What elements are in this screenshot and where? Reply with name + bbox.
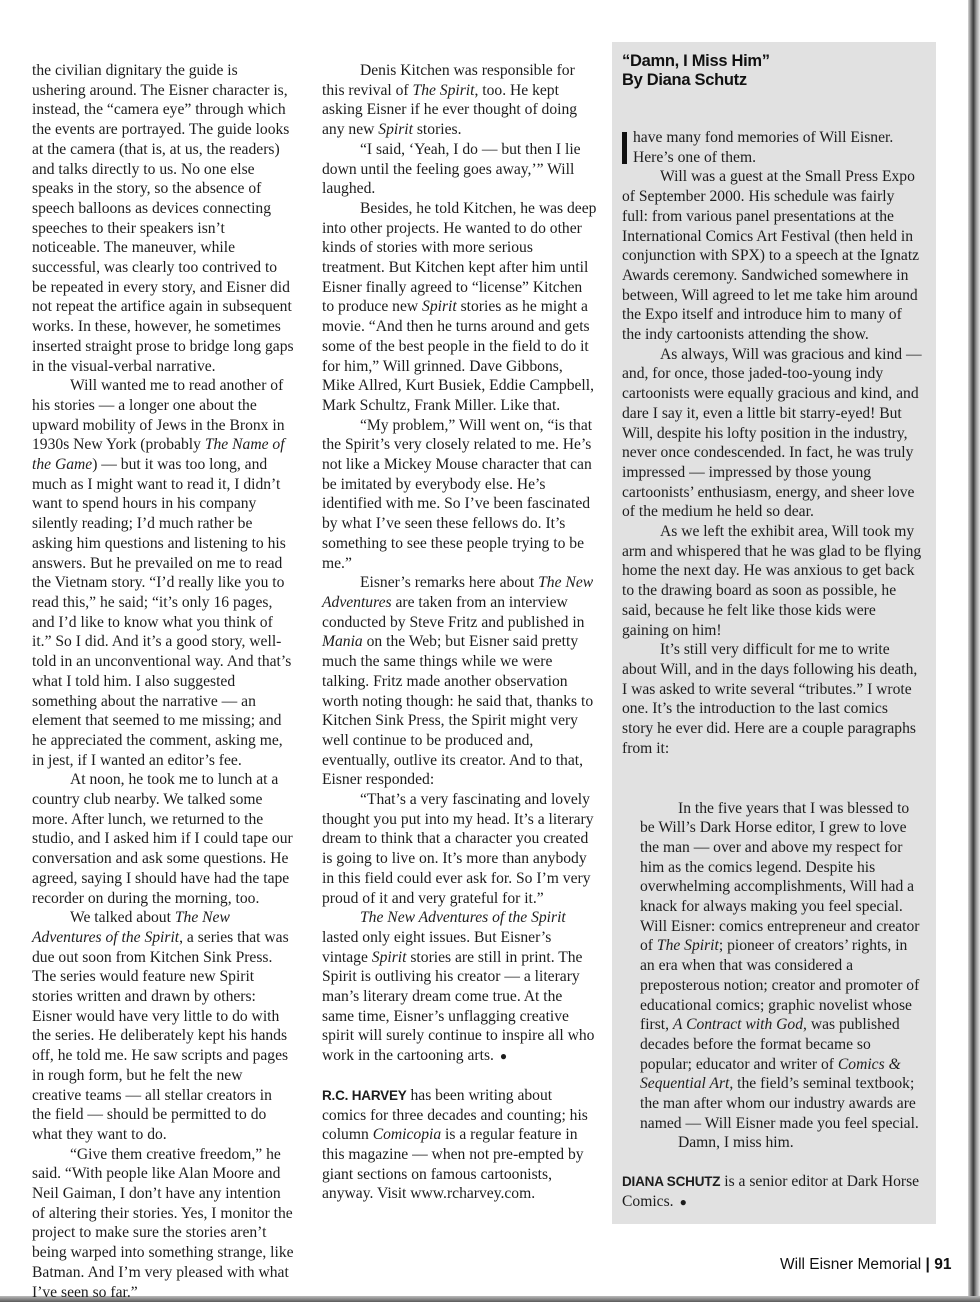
sidebar-byline: By Diana Schutz (622, 71, 922, 90)
end-mark-icon: ● (500, 1049, 507, 1063)
drop-cap-i (622, 132, 627, 164)
text: In the five years that I was blessed to … (640, 800, 920, 955)
paragraph: Damn, I miss him. (640, 1133, 922, 1153)
text: “That’s a very fascinating and lovely th… (322, 791, 594, 907)
page-footer: Will Eisner Memorial | 91 (780, 1256, 951, 1274)
end-mark-icon: ● (680, 1195, 687, 1209)
paragraph: Denis Kitchen was responsible for this r… (322, 61, 598, 140)
paragraph: We talked about The New Adventures of th… (32, 908, 294, 1144)
text: stories. (413, 121, 462, 138)
author-name: R.C. HARVEY (322, 1088, 407, 1103)
author-name: DIANA SCHUTZ (622, 1174, 720, 1189)
sidebar-headline: “Damn, I Miss Him” (622, 52, 922, 71)
paragraph: As we left the exhibit area, Will took m… (622, 522, 922, 640)
paragraph: “Give them creative freedom,” he said. “… (32, 1145, 294, 1302)
paragraph: At noon, he took me to lunch at a countr… (32, 770, 294, 908)
paragraph: Eisner’s remarks here about The New Adve… (322, 573, 598, 790)
paragraph: In the five years that I was blessed to … (640, 799, 922, 1134)
text: It’s still very difficult for me to writ… (622, 641, 917, 757)
author-bio: DIANA SCHUTZ is a senior editor at Dark … (622, 1172, 922, 1212)
paragraph: Will wanted me to read another of his st… (32, 376, 294, 770)
paragraph: It’s still very difficult for me to writ… (622, 640, 922, 758)
column-title: Comicopia (373, 1126, 441, 1143)
text: “I said, ‘Yeah, I do — but then I lie do… (322, 141, 581, 197)
text: At noon, he took me to lunch at a countr… (32, 771, 293, 906)
text: Damn, I miss him. (678, 1134, 794, 1151)
text: “Give them creative freedom,” he said. “… (32, 1146, 294, 1301)
book-title: A Contract with God (673, 1016, 803, 1033)
paragraph: Besides, he told Kitchen, he was deep in… (322, 199, 598, 416)
book-title: Spirit (422, 298, 457, 315)
page-number: 91 (934, 1256, 951, 1273)
text: As always, Will was gracious and kind — … (622, 346, 922, 521)
book-title: Spirit (372, 949, 407, 966)
article-column-1: the civilian dignitary the guide is ushe… (32, 61, 294, 1302)
book-title: The Spirit (413, 82, 475, 99)
book-title: The New Adventures of the Spirit (360, 909, 566, 926)
sidebar-title: “Damn, I Miss Him” By Diana Schutz (622, 52, 922, 90)
text: , a series that was due out soon from Ki… (32, 929, 289, 1143)
paragraph: “My problem,” Will went on, “is that the… (322, 416, 598, 574)
page-binding-edge (968, 0, 980, 1302)
sidebar-box: “Damn, I Miss Him” By Diana Schutz have … (612, 42, 936, 1224)
text: “My problem,” Will went on, “is that the… (322, 417, 592, 572)
text: Will was a guest at the Small Press Expo… (622, 168, 919, 343)
text: We talked about (70, 909, 175, 926)
paragraph: Will was a guest at the Small Press Expo… (622, 167, 922, 344)
publication-title: Mania (322, 633, 363, 650)
paragraph: the civilian dignitary the guide is ushe… (32, 61, 294, 376)
paragraph: “I said, ‘Yeah, I do — but then I lie do… (322, 140, 598, 199)
block-quote: In the five years that I was blessed to … (640, 799, 922, 1154)
text: have many fond memories of Will Eisner. … (633, 129, 893, 166)
text: stories as he might a movie. “And then h… (322, 298, 594, 414)
text: Eisner’s remarks here about (360, 574, 538, 591)
paragraph: As always, Will was gracious and kind — … (622, 345, 922, 522)
book-title: Spirit (378, 121, 413, 138)
section-name: Will Eisner Memorial (780, 1256, 921, 1273)
text: on the Web; but Eisner said pretty much … (322, 633, 593, 788)
sidebar-content: “Damn, I Miss Him” By Diana Schutz have … (622, 52, 922, 1213)
separator: | (921, 1256, 934, 1273)
paragraph: “That’s a very fascinating and lovely th… (322, 790, 598, 908)
book-title: The Spirit (657, 937, 719, 954)
paragraph: The New Adventures of the Spirit lasted … (322, 908, 598, 1067)
text: the civilian dignitary the guide is ushe… (32, 62, 294, 375)
article-column-2: Denis Kitchen was responsible for this r… (322, 61, 598, 1204)
paragraph: have many fond memories of Will Eisner. … (622, 128, 922, 167)
text: ) — but it was too long, and much as I m… (32, 456, 291, 769)
author-bio: R.C. HARVEY has been writing about comic… (322, 1086, 598, 1204)
text: As we left the exhibit area, Will took m… (622, 523, 921, 639)
